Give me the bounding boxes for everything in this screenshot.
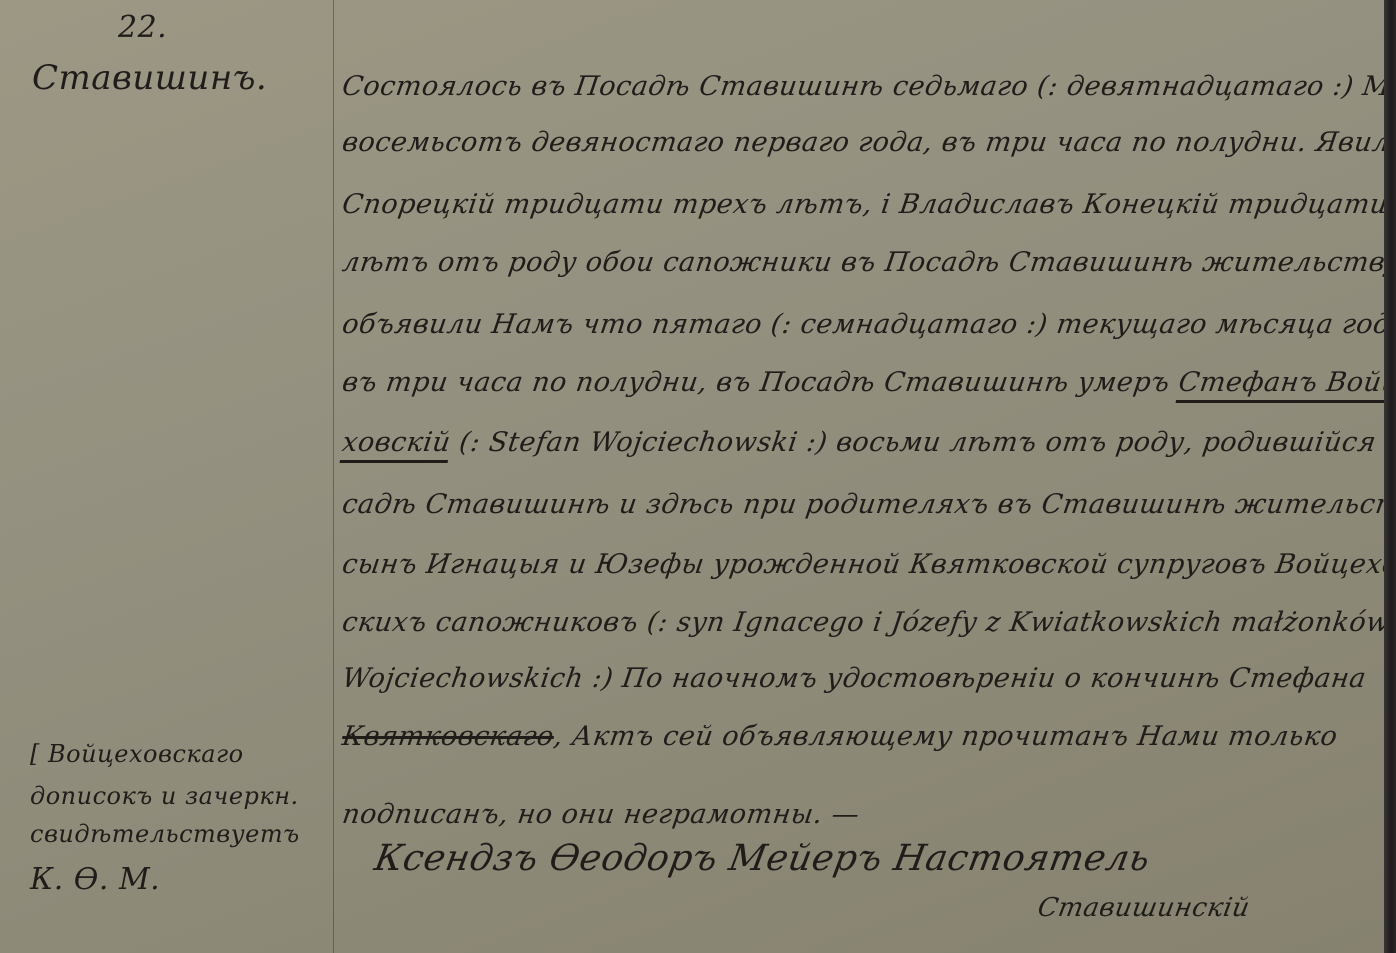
deceased-surname-underlined: ховскій bbox=[340, 427, 453, 463]
margin-note-line-1: [ Войцеховскаго bbox=[30, 740, 244, 768]
body-line-10: скихъ сапожниковъ (: syn Ignacego i Józe… bbox=[340, 606, 1392, 640]
register-page: 22. Ставишинъ. Состоялось въ Посадѣ Став… bbox=[0, 0, 1384, 953]
deceased-name-underlined: Стефанъ Войце- bbox=[1176, 367, 1396, 403]
body-line-6: въ три часа по полудни, въ Посадѣ Ставиш… bbox=[340, 366, 1396, 400]
margin-note-line-3: свидѣтельствуетъ bbox=[30, 820, 300, 848]
margin-rule-line bbox=[333, 0, 334, 953]
entry-number: 22. bbox=[118, 10, 167, 45]
body-line-6-text: въ три часа по полудни, въ Посадѣ Ставиш… bbox=[340, 367, 1181, 398]
body-line-3: Спорецкій тридцати трехъ лѣтъ, і Владисл… bbox=[340, 188, 1396, 222]
body-line-11: Wojciechowskich :) По наочномъ удостовѣр… bbox=[340, 662, 1368, 696]
body-line-8: садѣ Ставишинѣ и здѣсь при родителяхъ въ… bbox=[340, 488, 1396, 522]
body-line-12: Квятковскаго, Актъ сей объявляющему проч… bbox=[340, 720, 1340, 754]
body-line-12-text: , Актъ сей объявляющему прочитанъ Нами т… bbox=[552, 721, 1340, 752]
margin-note-initials: К. Ѳ. М. bbox=[30, 862, 160, 897]
body-line-7: ховскій (: Stefan Wojciechowski :) восьм… bbox=[340, 426, 1396, 460]
body-line-2: восемьсотъ девяностаго перваго года, въ … bbox=[340, 126, 1396, 160]
body-line-5: объявили Намъ что пятаго (: семнадцатаго… bbox=[340, 308, 1396, 342]
body-line-9: сынъ Игнацыя и Юзефы урожденной Квятковс… bbox=[340, 548, 1396, 582]
body-line-1: Состоялось въ Посадѣ Ставишинѣ седьмаго … bbox=[340, 70, 1396, 104]
place-heading: Ставишинъ. bbox=[32, 58, 267, 98]
body-line-13: подписанъ, но они неграмотны. — bbox=[340, 798, 862, 832]
signature-parish: Ставишинскій bbox=[1035, 893, 1252, 923]
struck-word: Квятковскаго bbox=[340, 721, 556, 752]
book-binding-edge bbox=[1384, 0, 1396, 953]
priest-signature: Ксендзъ Ѳеодоръ Мейеръ Настоятель bbox=[371, 838, 1153, 879]
body-line-4: лѣтъ отъ роду обои сапожники въ Посадѣ С… bbox=[340, 246, 1396, 280]
body-line-7-text: (: Stefan Wojciechowski :) восьми лѣтъ о… bbox=[448, 427, 1396, 458]
margin-note-line-2: дописокъ и зачеркн. bbox=[30, 782, 299, 810]
